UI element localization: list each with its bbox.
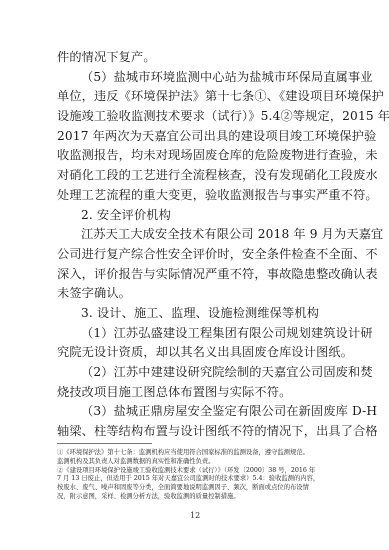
document-page: 件的情况下复产。（5）盐城市环境监测中心站为盐城市环保局直属事业单位，违反《环境…	[0, 0, 389, 550]
footnote-separator	[57, 443, 152, 444]
body-line: 对硝化工段的工艺进行全流程核查，没有发现硝化工段废水	[57, 166, 331, 186]
body-line: 设施竣工验收监测技术要求（试行）》5.4②等规定，2015 年、	[57, 107, 331, 127]
body-line: （2）江苏中建建设研究院绘制的天嘉宜公司固废和焚	[57, 363, 331, 383]
footnote-line: 7 月 13 日废止，但适用于 2015 年对天嘉宜公司监测时的技术要求）5.4…	[57, 475, 337, 484]
body-line: 3. 设计、施工、监理、设施检测维保等机构	[57, 304, 331, 324]
body-line: 单位，违反《环境保护法》第十七条①、《建设项目环境保护	[57, 87, 331, 107]
body-line: 处理工艺流程的重大变更，验收监测报告与事实严重不符。	[57, 186, 331, 206]
body-line: 2017 年两次为天嘉宜公司出具的建设项目竣工环境保护验	[57, 127, 331, 147]
footnotes: ①《环境保护法》第十七条：监测机构应当使用符合国家标准的监测设备，遵守监测规范。…	[57, 449, 337, 502]
body-line: 收监测报告，均未对现场固废仓库的危险废物进行查验，未	[57, 146, 331, 166]
page-number: 12	[190, 511, 200, 520]
body-line: （5）盐城市环境监测中心站为盐城市环保局直属事业	[57, 68, 331, 88]
body-line: 烧技改项目施工图总体布置图与实际不符。	[57, 383, 331, 403]
footnote-line: ①《环境保护法》第十七条：监测机构应当使用符合国家标准的监测设备，遵守监测规范。	[57, 449, 337, 458]
body-line: 江苏天工大成安全技术有限公司 2018 年 9 月为天嘉宜	[57, 225, 331, 245]
footnote-line: 况，附示意图，采样、检测分析方法，验收监测的质量控制措施。	[57, 493, 337, 502]
body-line: 公司进行复产综合性安全评价时，安全条件检查不全面、不	[57, 245, 331, 265]
body-line: 究院无设计资质，却以其名义出具固废仓库设计图纸。	[57, 343, 331, 363]
footnote-line: 按废水、废气、噪声和固废等分类，全面简要地说明监测因子、频次，断面或点位的布设情	[57, 484, 337, 493]
body-line: 轴梁、柱等结构布置与设计图纸不符的情况下，出具了合格	[57, 422, 331, 442]
footnote-line: 监测机构及其负责人对监测数据的真实性和准确性负责。	[57, 458, 337, 467]
body-line: （1）江苏弘盛建设工程集团有限公司规划建筑设计研	[57, 324, 331, 344]
body-line: 2. 安全评价机构	[57, 206, 331, 226]
body-line: 件的情况下复产。	[57, 48, 331, 68]
body-text: 件的情况下复产。（5）盐城市环境监测中心站为盐城市环保局直属事业单位，违反《环境…	[57, 48, 331, 442]
body-line: 深入，评价报告与实际情况严重不符，事故隐患整改确认表	[57, 265, 331, 285]
body-line: 未签字确认。	[57, 284, 331, 304]
body-line: （3）盐城正鼎房屋安全鉴定有限公司在新固废库 D-H	[57, 402, 331, 422]
